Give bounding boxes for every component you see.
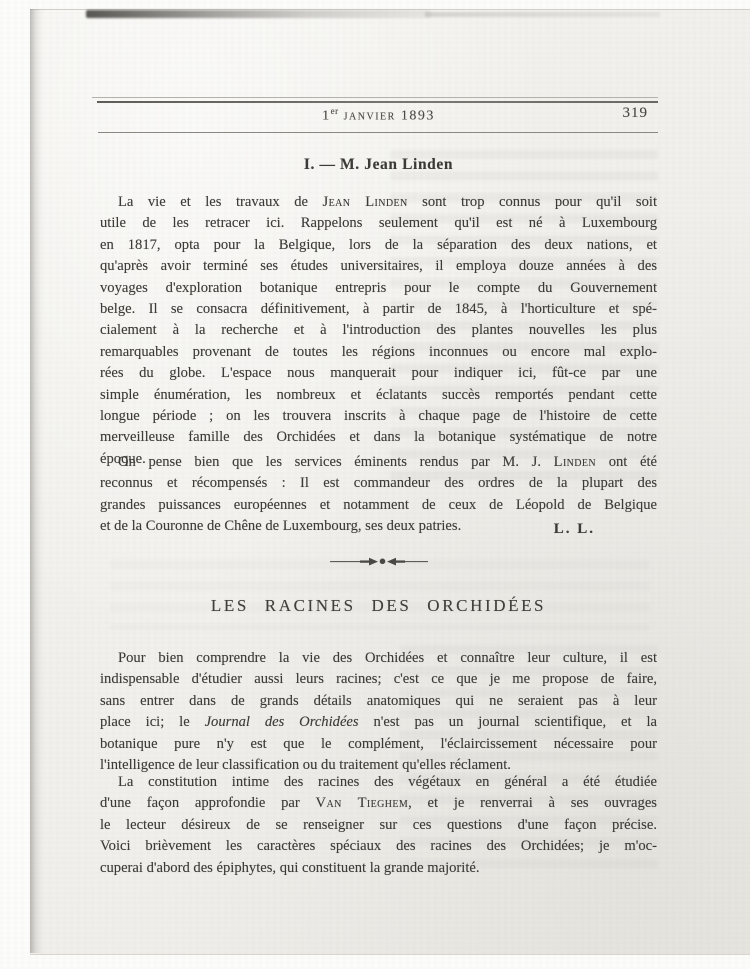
date-ordinal-suffix: er — [331, 106, 339, 116]
date-number: 1 — [322, 109, 331, 124]
paragraph: La constitution intime des racines des v… — [100, 772, 657, 879]
text-line: La constitution intime des racines des v… — [100, 772, 657, 793]
page-left-edge-shadow — [30, 9, 43, 953]
text-line: qu'après avoir terminé ses études univer… — [100, 256, 657, 277]
text-line: La vie et les travaux de Jean Linden son… — [100, 192, 657, 213]
text-line: Pour bien comprendre la vie des Orchidée… — [100, 648, 657, 669]
section-divider — [100, 555, 657, 573]
header-rule-echo — [92, 97, 658, 98]
date-month-year: janvier 1893 — [339, 109, 435, 124]
arrow-dot-ornament-icon — [330, 556, 428, 568]
text-line: indispensable d'étudier aussi leurs raci… — [100, 669, 657, 690]
text-line: rées du globe. L'espace nous manquerait … — [100, 363, 657, 384]
text-line: reconnus et récompensés : Il est command… — [100, 473, 657, 494]
text-line: place ici; le Journal des Orchidées n'es… — [100, 712, 657, 733]
text-line: belge. Il se consacra définitivement, à … — [100, 299, 657, 320]
text-line: remarquables provenant de toutes les rég… — [100, 342, 657, 363]
text-line: cialement à la recherche et à l'introduc… — [100, 320, 657, 341]
text-line: d'une façon approfondie par Van Tieghem,… — [100, 793, 657, 814]
text-line: botanique pure n'y est que le complément… — [100, 734, 657, 755]
scan-artifact-streak-light — [425, 12, 660, 17]
page-number: 319 — [560, 105, 648, 122]
paragraph: Pour bien comprendre la vie des Orchidée… — [100, 648, 657, 776]
header-bottom-rule — [98, 132, 658, 133]
author-signature: L. L. — [100, 521, 657, 538]
paragraph: La vie et les travaux de Jean Linden son… — [100, 192, 657, 470]
text-line: sans entrer dans de grands détails anato… — [100, 691, 657, 712]
text-line: le lecteur désireux de se renseigner sur… — [100, 815, 657, 836]
text-line: merveilleuse famille des Orchidées et da… — [100, 427, 657, 448]
text-line: Voici brièvement les caractères spéciaux… — [100, 836, 657, 857]
text-line: en 1817, opta pour la Belgique, lors de … — [100, 235, 657, 256]
text-line: utile de les retracer ici. Rappelons seu… — [100, 213, 657, 234]
text-line: grandes puissances européennes et notamm… — [100, 495, 657, 516]
text-line: On pense bien que les services éminents … — [100, 452, 657, 473]
text-line: simple énumération, les nombreux et écla… — [100, 385, 657, 406]
text-line: longue période ; on les trouvera inscrit… — [100, 406, 657, 427]
article-heading: I. — M. Jean Linden — [100, 156, 657, 174]
scan-artifact-streak — [86, 10, 431, 18]
text-line: voyages d'exploration botanique entrepri… — [100, 278, 657, 299]
text-line: cuperai d'abord des épiphytes, qui const… — [100, 858, 657, 879]
section-title: LES RACINES DES ORCHIDÉES — [100, 596, 657, 616]
header-top-rule — [97, 101, 658, 103]
